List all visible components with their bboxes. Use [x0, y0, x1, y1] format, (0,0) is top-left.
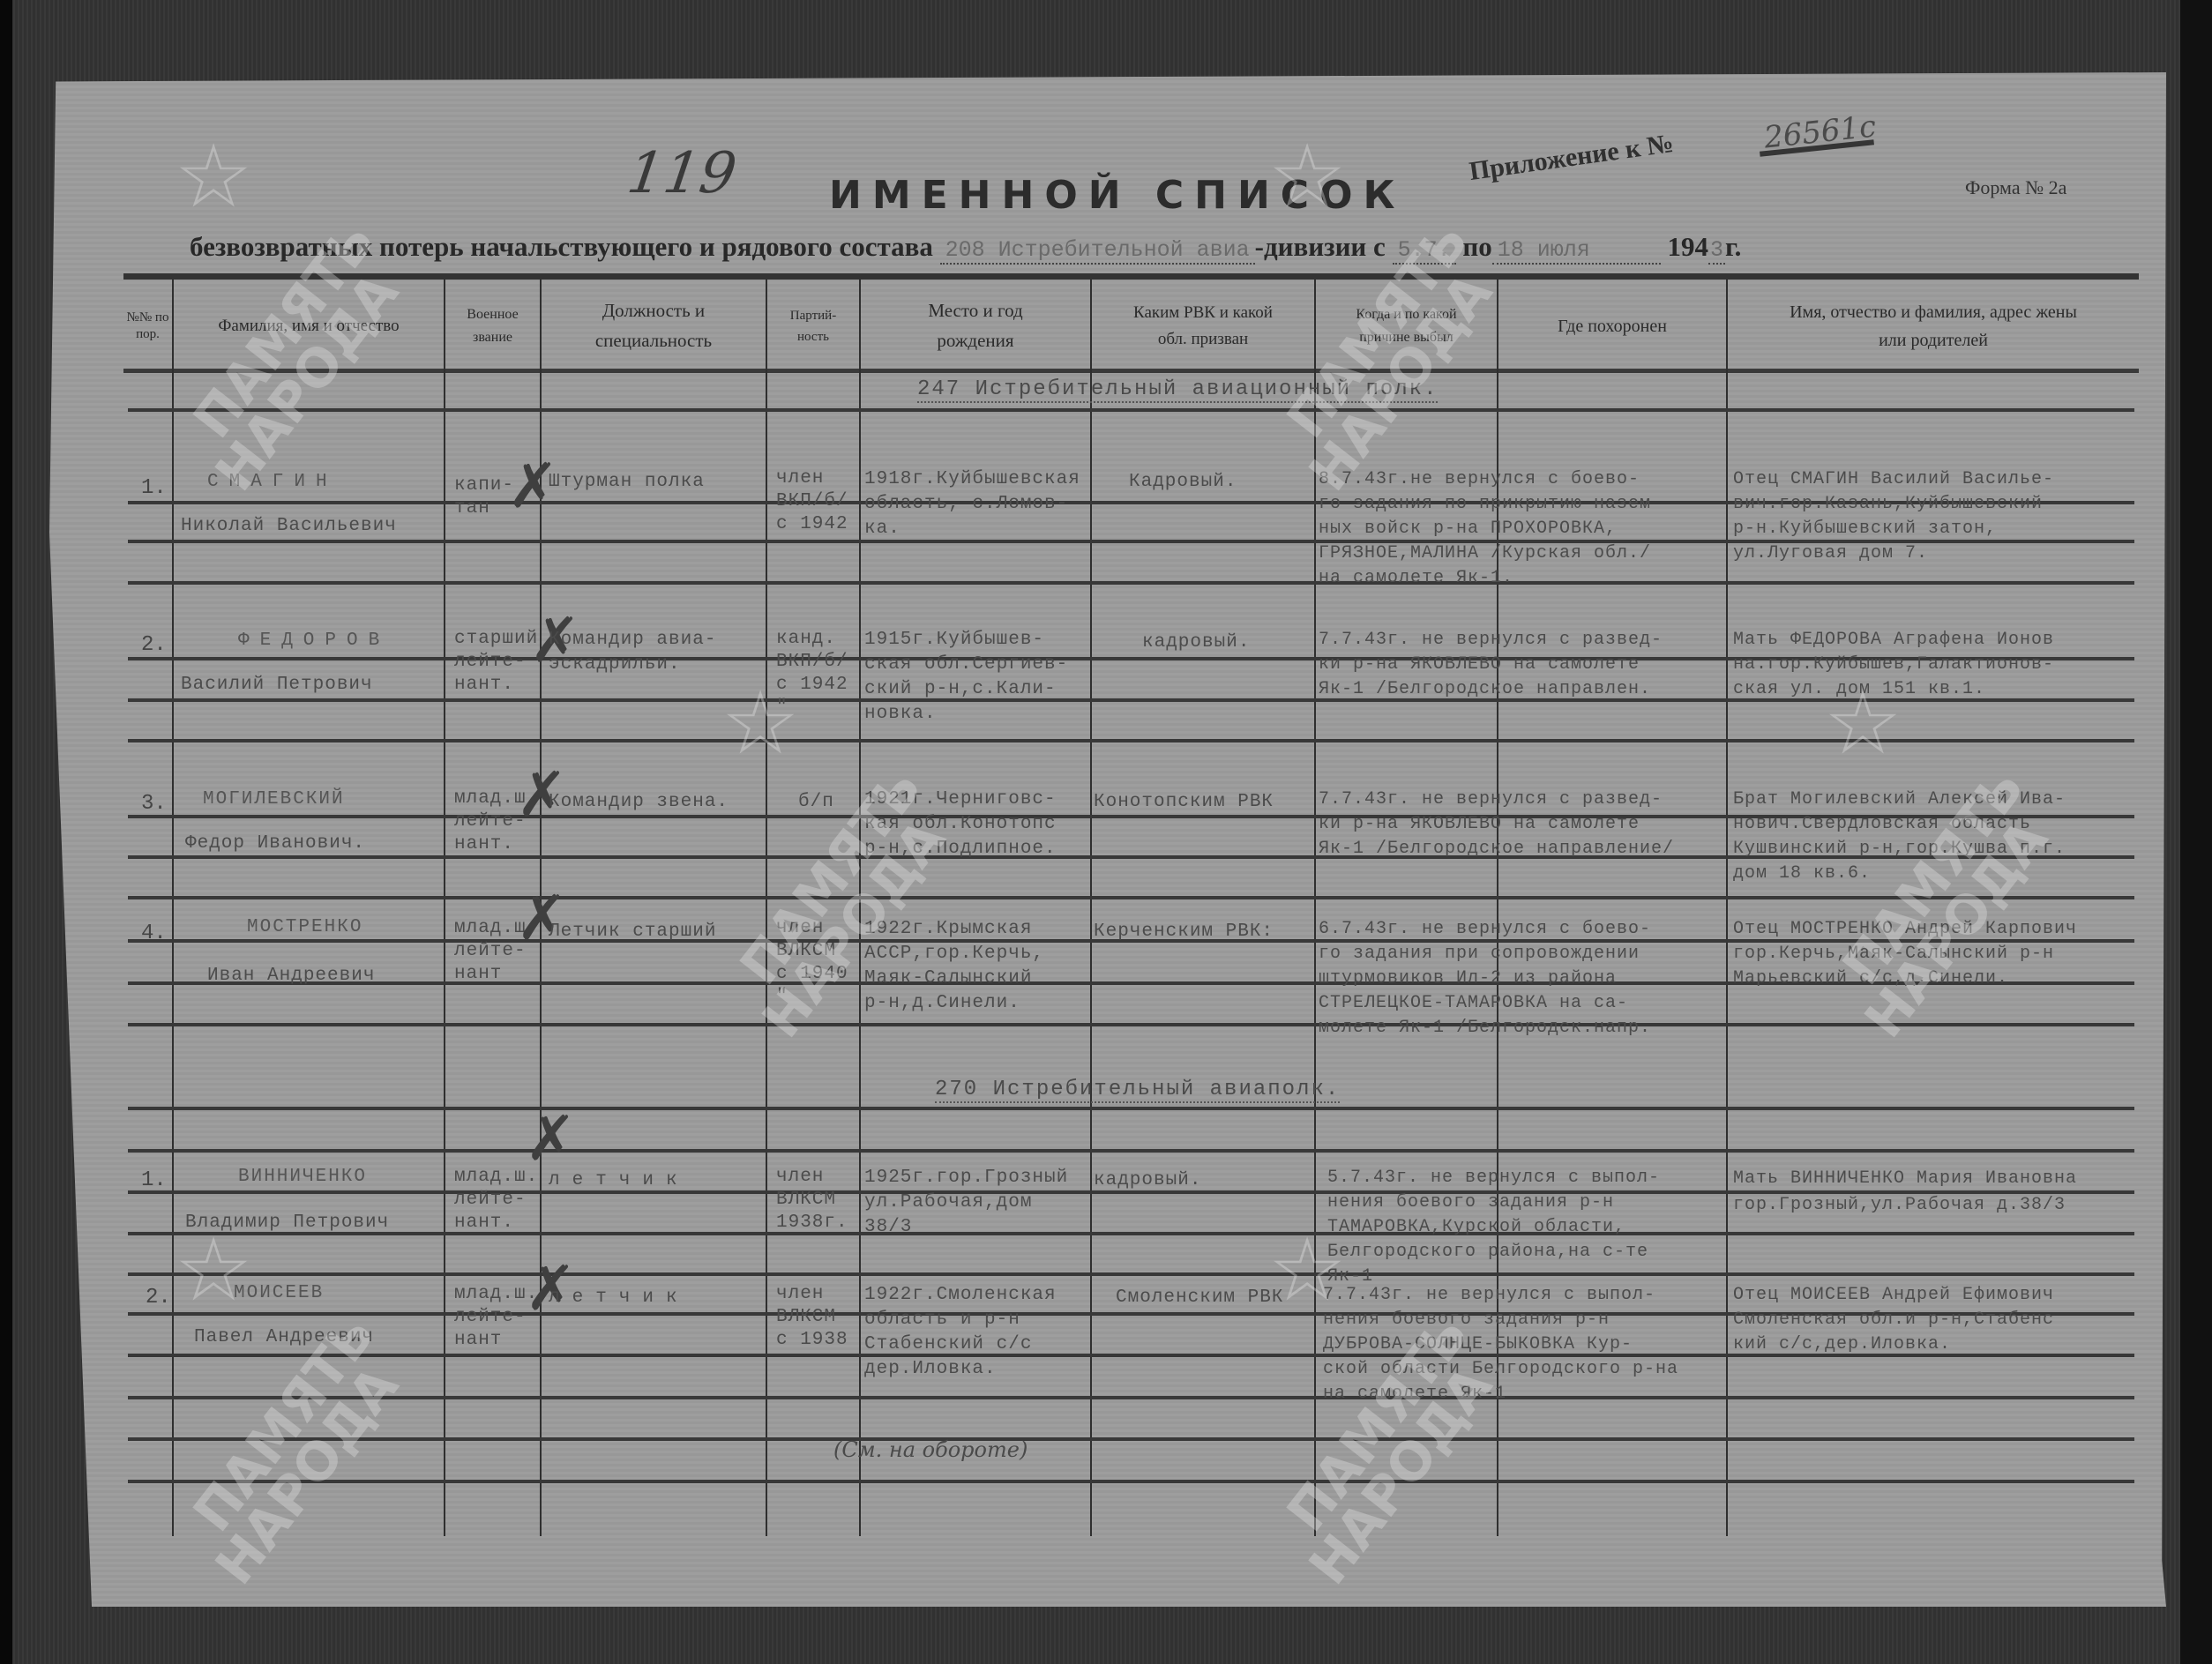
rvk: Керченским РВК: — [1094, 917, 1274, 947]
given-names: Федор Иванович. — [185, 829, 365, 859]
column-divider — [444, 280, 445, 1536]
column-divider — [172, 280, 174, 1536]
position: Командир звена. — [549, 787, 729, 817]
from-date-field: 5.7. — [1393, 237, 1456, 265]
page-number: 119 — [624, 141, 741, 206]
rank: капи- тан — [454, 474, 514, 520]
column-divider — [1726, 280, 1728, 1536]
relatives: Отец МОИСЕЕВ Андрей Ефимович Смоленская … — [1733, 1283, 2054, 1357]
column-header-position: Должность и специальность — [542, 284, 766, 369]
party: канд. ВКП/б/ с 1942 " — [776, 628, 848, 720]
row-rule — [128, 1232, 2134, 1235]
row-rule — [128, 1107, 2134, 1110]
row-number: 2. — [141, 633, 167, 657]
rvk: Кадровый. — [1129, 467, 1237, 497]
birth: 1915г.Куйбышев- ская обл.Сергиев- ский р… — [864, 628, 1068, 727]
column-header-birth: Место и год рождения — [861, 284, 1090, 369]
relatives: Отец СМАГИН Василий Василье- вич.гор.Каз… — [1733, 467, 2054, 566]
rank: млад.ш. лейте- нант. — [454, 1166, 538, 1235]
row-rule — [128, 1437, 2134, 1441]
rank: старший лейте- нант. — [454, 628, 538, 697]
birth: 1922г.Крымская АССР,гор.Керчь, Маяк-Салы… — [864, 917, 1044, 1016]
unit-field: 208 Истребительной авиа — [940, 237, 1255, 265]
to-label: по — [1462, 231, 1491, 262]
position: Летчик старший — [549, 917, 716, 947]
column-header-number: №№ по пор. — [123, 284, 172, 369]
see-reverse-note: (См. на обороте) — [833, 1437, 1028, 1462]
relatives: Отец МОСТРЕНКО Андрей Карпович гор.Керчь… — [1733, 917, 2077, 991]
year-prefix: 194 — [1667, 231, 1708, 262]
rvk: кадровый. — [1142, 628, 1250, 658]
reason: 7.7.43г. не вернулся с выпол- нения боев… — [1323, 1283, 1678, 1407]
position: Штурман полка — [549, 467, 705, 497]
reason: 7.7.43г. не вернулся с развед- ки р-на Я… — [1319, 628, 1663, 702]
reason: 8.7.43г.не вернулся с боево- го задания … — [1319, 467, 1651, 591]
given-names: Владимир Петрович — [185, 1208, 389, 1238]
birth: 1921г.Черниговс- кая обл.Конотопс р-н,с.… — [864, 787, 1057, 862]
column-divider — [859, 280, 861, 1536]
given-names: Павел Андреевич — [194, 1323, 374, 1353]
section-heading-247: 247 Истребительный авиационный полк. — [917, 377, 1438, 403]
reason: 7.7.43г. не вернулся с развед- ки р-на Я… — [1319, 787, 1674, 862]
given-names: Иван Андреевич — [207, 961, 375, 991]
division-label: -дивизии с — [1255, 231, 1386, 262]
column-divider — [1090, 280, 1092, 1536]
given-names: Николай Васильевич — [181, 511, 397, 541]
row-number: 2. — [146, 1286, 171, 1310]
row-rule — [128, 739, 2134, 742]
party: член ВЛКСМ с 1940 " — [776, 917, 848, 1009]
surname: МОСТРЕНКО — [247, 913, 362, 943]
row-number: 3. — [141, 792, 167, 816]
party: член ВКП/б/ с 1942 — [776, 467, 848, 536]
surname: ФЕДОРОВ — [238, 626, 390, 656]
party: член ВЛКСМ с 1938 — [776, 1283, 848, 1352]
row-rule — [128, 1480, 2134, 1483]
column-header-buried: Где похоронен — [1498, 284, 1726, 369]
scan-edge-right — [2180, 0, 2212, 1664]
column-header-rvk: Каким РВК и какой обл. призван — [1092, 284, 1314, 369]
subtitle-prefix: безвозвратных потерь начальствующего и р… — [190, 231, 933, 262]
scan-edge-left — [0, 0, 12, 1664]
given-names: Василий Петрович — [181, 670, 373, 700]
year-end: г. — [1725, 231, 1741, 262]
rvk: Смоленским РВК — [1116, 1283, 1283, 1313]
surname: МОИСЕЕВ — [234, 1279, 324, 1309]
row-rule — [128, 581, 2134, 585]
birth: 1922г.Смоленская область и р-н Стабенски… — [864, 1283, 1057, 1382]
rvk: кадровый. — [1094, 1166, 1201, 1196]
table-header-rule — [123, 369, 2139, 373]
row-number: 4. — [141, 922, 167, 945]
position: летчик — [549, 1283, 690, 1313]
column-header-name: Фамилия, имя и отчество — [174, 284, 444, 369]
year-suffix: 3 — [1708, 237, 1725, 265]
row-rule — [128, 1023, 2134, 1026]
column-header-relatives: Имя, отчество и фамилия, адрес жены или … — [1728, 284, 2139, 369]
form-label: Форма № 2а — [1965, 176, 2066, 199]
column-divider — [766, 280, 767, 1536]
row-rule — [128, 1149, 2134, 1153]
row-number: 1. — [141, 1168, 167, 1192]
position: летчик — [549, 1166, 690, 1196]
table-top-rule — [123, 273, 2139, 280]
surname: СМАГИН — [207, 467, 338, 497]
section-heading-270: 270 Истребительный авиаполк. — [935, 1078, 1340, 1103]
column-header-reason: Когда и по какой причине выбыл — [1316, 284, 1497, 369]
column-header-party: Партий-ность — [767, 284, 859, 369]
document-subtitle: безвозвратных потерь начальствующего и р… — [190, 231, 1741, 263]
check-mark-icon: ✗ — [525, 1102, 577, 1175]
row-rule — [128, 1396, 2134, 1399]
column-divider — [1314, 280, 1316, 1536]
birth: 1918г.Куйбышевская область, с.Ломов- ка. — [864, 467, 1080, 541]
row-rule — [128, 1272, 2134, 1276]
party: б/п — [798, 787, 834, 817]
position: Командир авиа- эскадрильи. — [549, 628, 716, 677]
birth: 1925г.гор.Грозный ул.Рабочая,дом 38/3 — [864, 1166, 1068, 1240]
row-number: 1. — [141, 476, 167, 500]
reason: 6.7.43г. не вернулся с боево- го задания… — [1319, 917, 1651, 1041]
document-title: ИМЕННОЙ СПИСОК — [829, 173, 1405, 218]
to-date-field: 18 июля — [1492, 237, 1661, 265]
party: член ВЛКСМ 1938г. — [776, 1166, 848, 1235]
row-rule — [128, 896, 2134, 899]
reason: 5.7.43г. не вернулся с выпол- нения боев… — [1327, 1166, 1660, 1289]
row-rule — [128, 408, 2134, 412]
rvk: Конотопским РВК — [1094, 787, 1274, 817]
surname: МОГИЛЕВСКИЙ — [203, 785, 345, 815]
relatives: Мать ВИННИЧЕНКО Мария Ивановна гор.Грозн… — [1733, 1166, 2077, 1219]
surname: ВИННИЧЕНКО — [238, 1162, 367, 1192]
column-header-rank: Военное звание — [445, 284, 540, 369]
relatives: Мать ФЕДОРОВА Аграфена Ионов на.гор.Куйб… — [1733, 628, 2054, 702]
relatives: Брат Могилевский Алексей Ива- нович.Свер… — [1733, 787, 2066, 886]
